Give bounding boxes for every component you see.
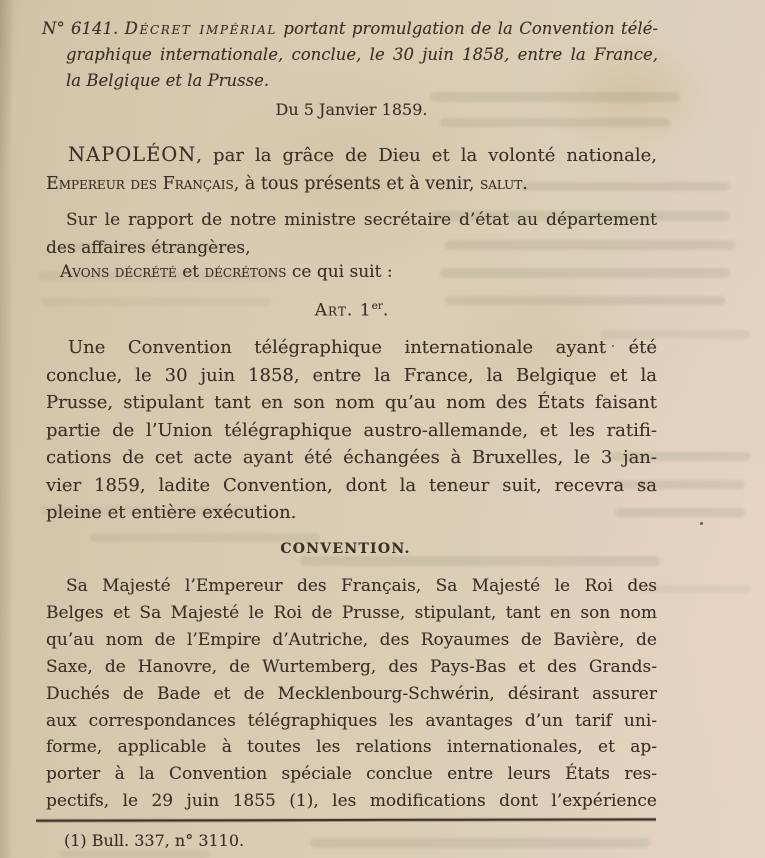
formula-part-2: décrétons	[205, 262, 287, 282]
article-1-line: Une Convention télégraphique internation…	[46, 334, 657, 362]
article-1-line: pleine et entière exécution.	[46, 499, 657, 527]
salutation-line-1-rest: , par la grâce de Dieu et la volonté nat…	[196, 145, 657, 166]
convention-line: Duchés de Bade et de Mecklenbourg-Schwér…	[46, 681, 657, 708]
emperor-name: NAPOLÉON	[68, 143, 196, 166]
decree-title: Décret impérial	[125, 19, 277, 38]
article-heading-dot: .	[383, 301, 388, 321]
header-line-2: graphique internationale, conclue, le 30…	[42, 42, 658, 68]
report-line-2: des affaires étrangères,	[46, 234, 657, 262]
article-1-heading: Art. 1er.	[46, 300, 657, 321]
convention-paragraph: Sa Majesté l’Empereur des Français, Sa M…	[46, 573, 657, 815]
scanned-page: N° 6141. Décret impérial portant promulg…	[0, 0, 765, 858]
header-line-1-rest: portant promulgation de la Convention té…	[277, 19, 658, 38]
formula-rest: ce qui suit :	[286, 262, 392, 282]
article-1-line: vier 1859, ladite Convention, dont la te…	[46, 472, 657, 500]
convention-line: aux correspondances télégraphiques les a…	[46, 708, 657, 735]
convention-line: qu’au nom de l’Empire d’Autriche, des Ro…	[46, 627, 657, 654]
salutation-line-2-mid: , à tous présents et à venir,	[234, 174, 480, 194]
salutation-line-1: NAPOLÉON, par la grâce de Dieu et la vol…	[46, 140, 657, 170]
convention-line: Saxe, de Hanovre, de Wurtemberg, des Pay…	[46, 654, 657, 681]
convention-line: pectifs, le 29 juin 1855 (1), les modifi…	[46, 788, 657, 815]
article-label: Art. 1	[315, 301, 372, 321]
convention-line: Belges et Sa Majesté le Roi de Prusse, s…	[46, 600, 657, 627]
footnote: (1) Bull. 337, n° 3110.	[64, 831, 624, 850]
formula-mid: et	[177, 262, 205, 282]
decree-header: N° 6141. Décret impérial portant promulg…	[42, 16, 658, 94]
report-paragraph: Sur le rapport de notre ministre secréta…	[46, 206, 657, 262]
formula-part-1: Avons décrété	[60, 262, 177, 282]
article-1-line: partie de l’Union télégraphique austro-a…	[46, 417, 657, 445]
convention-line: Sa Majesté l’Empereur des Français, Sa M…	[46, 573, 657, 600]
report-line-1: Sur le rapport de notre ministre secréta…	[46, 206, 657, 234]
convention-line: porter à la Convention spéciale conclue …	[46, 761, 657, 788]
emperor-title: Empereur des Français	[46, 174, 234, 194]
article-1-line: conclue, le 30 juin 1858, entre la Franc…	[46, 362, 657, 390]
article-ordinal-suffix: er	[372, 300, 383, 312]
decree-formula: Avons décrété et décrétons ce qui suit :	[46, 262, 657, 282]
header-line-1: N° 6141. Décret impérial portant promulg…	[42, 16, 658, 42]
header-line-3: la Belgique et la Prusse.	[42, 68, 658, 94]
salutation-paragraph: NAPOLÉON, par la grâce de Dieu et la vol…	[46, 140, 657, 199]
salutation-line-2: Empereur des Français, à tous présents e…	[46, 170, 657, 199]
article-1-paragraph: Une Convention télégraphique internation…	[46, 334, 657, 527]
convention-line: forme, applicable à toutes les relations…	[46, 734, 657, 761]
decree-number: N° 6141.	[42, 19, 125, 38]
article-1-line: Prusse, stipulant tant en son nom qu’au …	[46, 389, 657, 417]
article-1-line: cations de cet acte ayant été échangées …	[46, 444, 657, 472]
footnote-rule	[36, 818, 656, 821]
salut-word: salut.	[480, 174, 528, 194]
decree-date: Du 5 Janvier 1859.	[46, 100, 657, 119]
convention-heading: CONVENTION.	[46, 541, 657, 557]
footnote-text: (1) Bull. 337, n° 3110.	[64, 831, 624, 850]
